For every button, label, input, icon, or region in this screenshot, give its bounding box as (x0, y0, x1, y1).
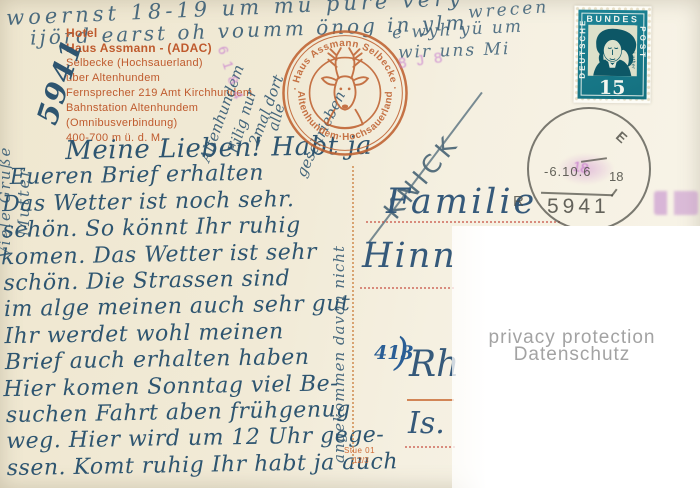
hotel-label: Hotel (66, 26, 252, 41)
stamp-text-post: POST (638, 26, 648, 79)
address-underline-2 (360, 287, 454, 289)
address-line-street: Is. (408, 406, 445, 441)
hotel-rubber-stamp: · Haus Assmann Selbecke · Altenhundem·Ho… (272, 20, 418, 166)
stamp-value: 15 (578, 77, 647, 100)
privacy-overlay-text: privacy protection Datenschutz (452, 329, 692, 363)
violet-mark-3 (654, 191, 698, 215)
stamp-micro-text: Luther (630, 52, 636, 69)
letter-line: ssen. Komt ruhig Ihr habt ja auch (7, 450, 369, 483)
stamp-panel: BUNDES DEUTSCHE POST Luther 15 (578, 10, 648, 100)
postmark-time: 18 (609, 169, 623, 184)
privacy-line-2: Datenschutz (452, 346, 692, 363)
postmark-code: 5941 (547, 195, 610, 219)
postmark-letter-r: R (513, 193, 524, 210)
divider-vertical-handwriting: angekommen davon nicht (330, 205, 348, 463)
stag-head-icon (322, 48, 368, 128)
address-underline-1 (366, 221, 560, 223)
postcard-back: woernst 18-19 um mu pure very ijörd ears… (0, 0, 700, 488)
postmark-circle: E 18 -6.10.6 18 5941 R (527, 107, 651, 231)
letter-body: Meine Lieben! Habt ja Eueren Brief erhal… (1, 133, 369, 483)
center-divider-line (352, 166, 354, 464)
stamp-text-bundes: BUNDES (578, 14, 647, 25)
stamp-text-deutsche: DEUTSCHE (578, 24, 588, 79)
postmark-date: -6.10.6 (544, 164, 591, 179)
address-underline-4 (405, 446, 455, 448)
printer-mark-line2: 12/3 (353, 456, 369, 465)
postmark-letter-e: E (613, 128, 631, 146)
address-paren: ) (394, 330, 409, 374)
address-line-name: Hinn (362, 236, 457, 276)
printer-mark-line1: Stue 01 (344, 446, 375, 455)
postage-stamp: BUNDES DEUTSCHE POST Luther 15 (573, 6, 651, 104)
address-underline-3 (407, 399, 454, 401)
